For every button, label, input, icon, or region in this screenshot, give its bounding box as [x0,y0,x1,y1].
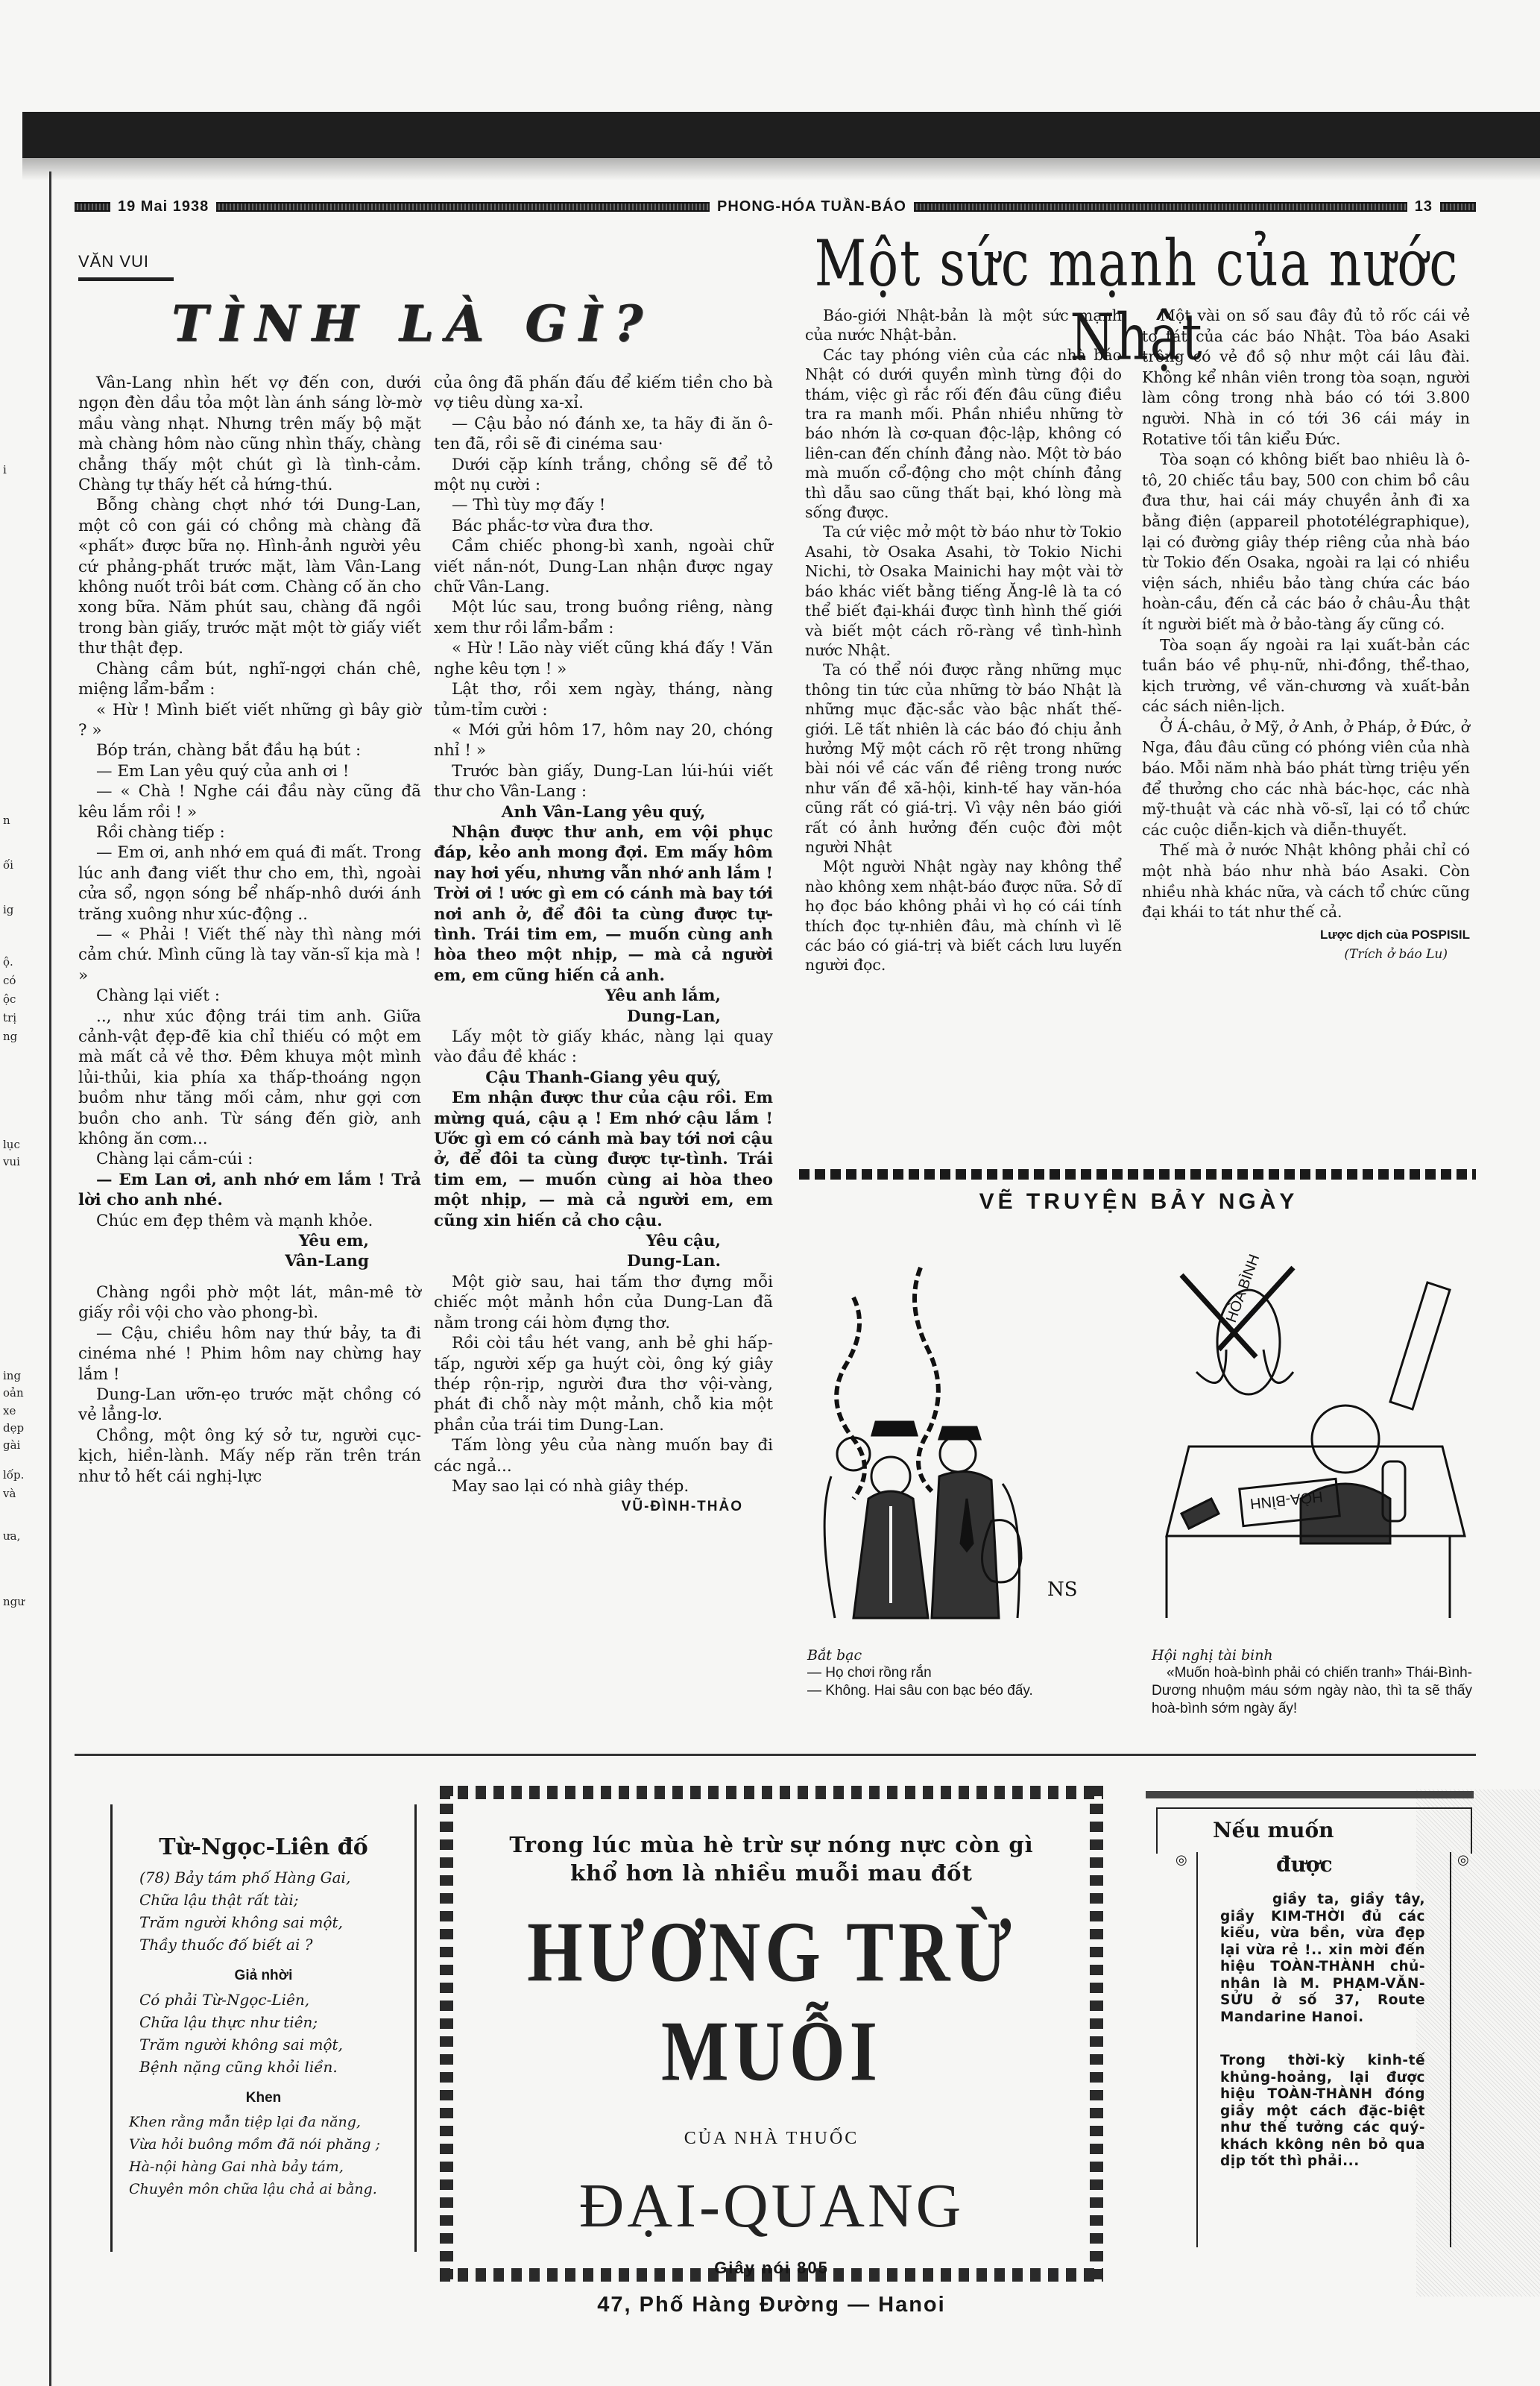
margin-fragment: ối [3,857,45,872]
story-paragraph: Vân-Lang nhìn hết vợ đến con, dưới ngọn … [78,373,421,495]
caption-line: — Họ chơi rồng rắn [807,1664,1120,1682]
margin-fragment: ưa, [3,1529,45,1543]
margin-fragment: trị [3,1010,45,1025]
ad-paragraph: Trong thời-kỳ kinh-tế khủng-hoảng, lại đ… [1220,2053,1425,2171]
story-paragraph: Chàng cầm bút, nghĩ-ngợi chán chê, miệng… [78,659,421,700]
margin-fragment: dẹp [3,1420,45,1435]
letter-signoff: Yêu anh lắm, [434,986,773,1006]
margin-fragment: lục [3,1137,45,1152]
ad-paragraph: giầy ta, giầy tây, giầy KIM-THỜI đủ các … [1220,1892,1425,2026]
story-paragraph: — Cậu, chiều hôm nay thứ bảy, ta đi ciné… [78,1323,421,1385]
margin-fragment: ing [3,1368,45,1383]
story-paragraph: Dưới cặp kính trắng, chồng sẽ để tỏ một … [434,455,773,496]
margin-fragment: vui [3,1154,45,1169]
article-column-2: Một vài on số sau đây đủ tỏ rốc cái vẻ t… [1142,306,1470,966]
story-paragraph: « Hừ ! Lão này viết cũng khá đấy ! Văn n… [434,638,773,679]
ad-subtitle: Khen [113,2090,414,2106]
story-paragraph: « Mới gửi hôm 17, hôm nay 20, chóng nhỉ … [434,720,773,761]
ad-lead: Trong lúc mùa hè trừ sự nóng nực còn gì … [453,1831,1090,1887]
verse-line: Có phải Từ-Ngọc-Liên, [139,1989,414,2011]
cartoon-right-caption: Hội nghị tài binh «Muốn hoà-bình phải có… [1152,1646,1472,1718]
cartoon-gamblers-illustration: NS [809,1253,1122,1625]
verse-line: (78) Bảy tám phố Hàng Gai, [139,1866,414,1889]
story-paragraph: Lấy một tờ giấy khác, nàng lại quay vào … [434,1027,773,1068]
ad-headline: Nếu muốn [1213,1818,1334,1842]
article-paragraph: Tòa soạn có không biết bao nhiêu là ô-tô… [1142,450,1470,635]
ad-brand-name: ĐẠI-QUANG [453,2170,1090,2242]
section-underline [78,277,174,281]
ring-ornament-icon: ◎ [1457,1852,1469,1868]
shield-label: HÒA BÌNH [1222,1253,1263,1325]
story-paragraph: Chúc em đẹp thêm và mạnh khỏe. [78,1211,421,1231]
letter-signoff: Yêu cậu, [434,1231,773,1251]
margin-fragment: ng [3,1029,45,1044]
ad-product-name: HƯƠNG TRỪ MUỖI [453,1902,1090,2100]
story-paragraph: — Em Lan ơi, anh nhớ em lắm ! Trả lời ch… [78,1170,421,1211]
issue-date: 19 Mai 1938 [118,198,209,215]
article-column-1: Báo-giới Nhật-bản là một sức mạnh của nư… [805,306,1122,975]
header-rule [914,202,1407,212]
ad-headline: được [1276,1852,1333,1877]
story-paragraph: — Thì tùy mợ đấy ! [434,495,773,515]
cartoon-section-title: VẼ TRUYỆN BẢY NGÀY [801,1189,1476,1215]
letter-signoff: Yêu em, [78,1231,421,1251]
letter-salutation: Cậu Thanh-Giang yêu quý, [434,1068,773,1088]
caption-line: — Không. Hai sâu con bạc béo đấy. [807,1682,1120,1700]
story-paragraph: — Em Lan yêu quý của anh ơi ! [78,761,421,781]
running-header: 19 Mai 1938 PHONG-HÓA TUẦN-BÁO 13 [75,195,1476,218]
ad-title: Từ-Ngọc-Liên đố [113,1834,414,1860]
verse-line: Chuyên môn chữa lậu chả ai bằng. [129,2178,414,2200]
margin-fragment: ộ. [3,954,45,969]
ad-maker-label: CỦA NHÀ THUỐC [453,2129,1090,2149]
ad-praise: Khen rằng mẫn tiệp lại đa năng, Vừa hỏi … [113,2111,414,2200]
letter-body: Nhận được thư anh, em vội phục đáp, kẻo … [434,822,773,986]
ad-riddle: (78) Bảy tám phố Hàng Gai, Chữa lậu thật… [113,1866,414,1956]
page-top-scan-bar [22,112,1540,158]
story-paragraph: Cầm chiếc phong-bì xanh, ngoài chữ viết … [434,536,773,597]
caption-title: Bắt bạc [807,1646,1120,1664]
margin-fragment: n [3,813,45,828]
story-paragraph: Rồi còi tầu hét vang, anh bẻ ghi hấp-tấp… [434,1333,773,1435]
margin-fragment: có [3,973,45,988]
story-paragraph: Chàng lại viết : [78,986,421,1006]
story-paragraph: Chàng lại cắm-cúi : [78,1149,421,1169]
page-top-shadow [22,158,1540,180]
page-number: 13 [1415,198,1433,215]
story-title: TÌNH LÀ GÌ? [171,295,654,353]
article-paragraph: Tòa soạn ấy ngoài ra lại xuất-bản các tu… [1142,635,1470,717]
story-paragraph: — « Phải ! Viết thế này thì nàng mới cảm… [78,925,421,986]
caption-title: Hội nghị tài binh [1152,1646,1472,1664]
story-author: VŨ-ĐÌNH-THẢO [434,1496,773,1517]
ads-divider [75,1754,1476,1756]
article-paragraph: Ta có thể nói được rằng những mục thông … [805,660,1122,857]
ad-answer: Có phải Từ-Ngọc-Liên, Chữa lậu thực như … [113,1989,414,2078]
margin-fragment: ig [3,902,45,917]
story-paragraph: Một lúc sau, trong buồng riêng, nàng xem… [434,597,773,638]
verse-line: Trăm người không sai một, [139,1911,414,1933]
article-paragraph: Ở Á-châu, ở Mỹ, ở Anh, ở Pháp, ở Đức, ở … [1142,717,1470,841]
letter-signature: Dung-Lan, [434,1007,773,1027]
ad-subtitle: Giả nhời [113,1968,414,1984]
caption-body: «Muốn hoà-bình phải có chiến tranh» Thái… [1152,1664,1472,1718]
article-source: (Trích ở báo Lu) [1142,945,1470,966]
ad-lead-line: Trong lúc mùa hè trừ sự nóng nực còn gì [453,1831,1090,1859]
header-rule [216,202,710,212]
verse-line: Chữa lậu thật rất tài; [139,1889,414,1911]
ad-lead-line: khổ hơn là nhiều muỗi mau đốt [453,1859,1090,1887]
story-column-2: của ông đã phấn đấu để kiếm tiền cho bà … [434,373,773,1517]
story-paragraph: Chồng, một ông ký sở tư, người cục-kịch,… [78,1426,421,1487]
section-divider-rule [799,1169,1476,1180]
article-paragraph: Thế mà ở nước Nhật không phải chỉ có một… [1142,840,1470,922]
story-paragraph: của ông đã phấn đấu để kiếm tiền cho bà … [434,373,773,414]
margin-fragment: lốp. [3,1467,45,1482]
ad-address: 47, Phố Hàng Đường — Hanoi [453,2293,1090,2317]
ad-top-bar [1146,1791,1474,1798]
ad-phone: Giây nói 805 [453,2258,1090,2278]
margin-fragment: i [3,462,45,477]
verse-line: Chữa lậu thực như tiên; [139,2011,414,2033]
article-credit: Lược dịch của POSPISIL [1142,925,1470,945]
verse-line: Thầy thuốc đố biết ai ? [139,1933,414,1956]
margin-fragment: oản [3,1385,45,1400]
story-paragraph: « Hừ ! Mình biết viết những gì bây giờ ?… [78,700,421,741]
article-paragraph: Báo-giới Nhật-bản là một sức mạnh của nư… [805,306,1122,345]
margin-fragment: ộc [3,992,45,1007]
cartoon-peace-conference-illustration: HÒA BÌNH HÒA-BÌNH [1152,1253,1472,1625]
cartoon-left-caption: Bắt bạc — Họ chơi rồng rắn — Không. Hai … [807,1646,1120,1700]
margin-fragment: ngư [3,1594,45,1609]
article-paragraph: Một vài on số sau đây đủ tỏ rốc cái vẻ t… [1142,306,1470,450]
section-label: VĂN VUI [78,252,149,271]
ad-tu-ngoc-lien: Từ-Ngọc-Liên đố (78) Bảy tám phố Hàng Ga… [110,1804,417,2252]
story-paragraph: Bác phắc-tơ vừa đưa thơ. [434,516,773,536]
verse-line: Hà-nội hàng Gai nhà bảy tám, [129,2156,414,2178]
article-paragraph: Các tay phóng viên của các nhà báo Nhật … [805,345,1122,523]
letter-signature: Vân-Lang [78,1251,421,1271]
story-paragraph: Một giờ sau, hai tấm thơ đựng mỗi chiếc … [434,1272,773,1333]
story-paragraph: May sao lại có nhà giây thép. [434,1476,773,1496]
verse-line: Vừa hỏi buông mồm đã nói phăng ; [129,2133,414,2156]
story-column-1: Vân-Lang nhìn hết vợ đến con, dưới ngọn … [78,373,421,1487]
story-paragraph: Trước bàn giấy, Dung-Lan lúi-húi viết th… [434,761,773,802]
letter-signature: Dung-Lan. [434,1251,773,1271]
margin-fragment: xe [3,1403,45,1418]
story-paragraph: Rồi chàng tiếp : [78,822,421,843]
story-paragraph: — Em ơi, anh nhớ em quá đi mất. Trong lú… [78,843,421,925]
article-paragraph: Ta cứ việc mở một tờ báo như tờ Tokio As… [805,522,1122,660]
story-paragraph: Dung-Lan ưỡn-ẹo trước mặt chồng có vẻ lẳ… [78,1385,421,1426]
story-paragraph: — « Chà ! Nghe cái đầu này cũng đã kêu l… [78,781,421,822]
verse-line: Bệnh nặng cũng khỏi liền. [139,2056,414,2078]
margin-fragment: gài [3,1438,45,1452]
header-rule [75,202,110,212]
header-rule [1440,202,1476,212]
ad-huong-tru-muoi: Trong lúc mùa hè trừ sự nóng nực còn gì … [440,1786,1103,2282]
letter-salutation: Anh Vân-Lang yêu quý, [434,802,773,822]
margin-fragment: và [3,1486,45,1501]
story-paragraph: Tấm lòng yêu của nàng muốn bay đi các ng… [434,1435,773,1476]
story-paragraph: Bỗng chàng chợt nhớ tới Dung-Lan, một cô… [78,495,421,658]
story-paragraph: Lật thơ, rồi xem ngày, tháng, nàng tủm-t… [434,679,773,720]
story-paragraph: Bóp trán, chàng bắt đầu hạ bút : [78,740,421,761]
letter-body: Em nhận được thư của cậu rồi. Em mừng qu… [434,1088,773,1231]
cartoon-signature: NS [1047,1578,1078,1601]
publication-name: PHONG-HÓA TUẦN-BÁO [717,198,906,215]
verse-line: Khen rằng mẫn tiệp lại đa năng, [129,2111,414,2133]
story-paragraph: — Cậu bảo nó đánh xe, ta hãy đi ăn ô-ten… [434,414,773,455]
page-binding-line [49,171,51,2386]
verse-line: Trăm người không sai một, [139,2033,414,2056]
ring-ornament-icon: ◎ [1175,1852,1187,1868]
story-paragraph: .., như xúc động trái tim anh. Giữa cảnh… [78,1007,421,1150]
story-paragraph: Chàng ngồi phờ một lát, mân-mê tờ giấy r… [78,1282,421,1323]
ad-body: giầy ta, giầy tây, giầy KIM-THỜI đủ các … [1220,1892,1425,2197]
ad-toan-thanh: Nếu muốn ◎ ◎ được giầy ta, giầy tây, giầ… [1146,1791,1474,2261]
article-paragraph: Một người Nhật ngày nay không thể nào kh… [805,857,1122,975]
